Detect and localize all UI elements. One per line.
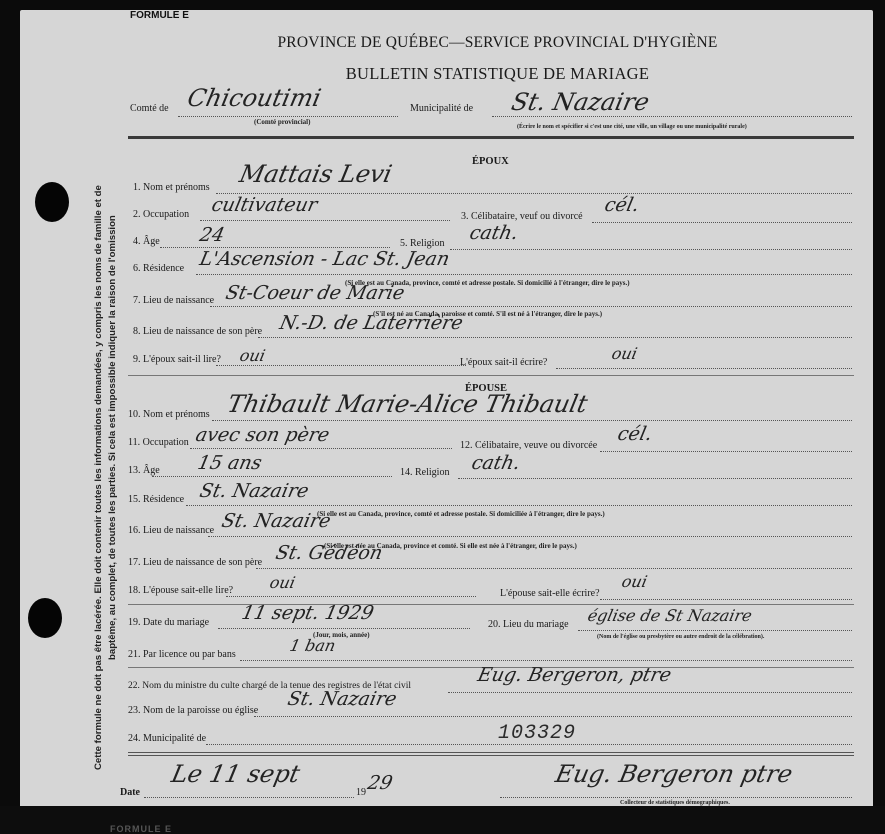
epoux-lieu-naissance-pere: N.-D. de Laterrière	[278, 312, 465, 334]
registration-number-stamp: 103329	[498, 722, 576, 745]
epoux-nom: Mattais Levi	[237, 160, 394, 188]
field-label-ecrire-epoux: L'époux sait-il écrire?	[460, 357, 547, 368]
field-label-7: 7. Lieu de naissance	[133, 295, 214, 306]
field-label-19: 19. Date du mariage	[128, 617, 209, 628]
epouse-lieu-naissance-pere: St. Gédéon	[274, 542, 385, 564]
lieu-mariage-note: (Nom de l'église ou presbytère ou autre …	[597, 634, 764, 640]
side-instruction-line1: Cette formule ne doit pas être lacérée. …	[92, 30, 106, 770]
next-form-stub: FORMULE E	[110, 824, 172, 834]
punch-hole-bottom	[28, 598, 62, 638]
ministre-culte: Eug. Bergeron, ptre	[476, 664, 674, 686]
form-title-bulletin: BULLETIN STATISTIQUE DE MARIAGE	[0, 64, 885, 84]
field-label-6: 6. Résidence	[133, 263, 184, 274]
licence-ou-bans: 1 ban	[288, 636, 337, 655]
footer-date-value: Le 11 sept	[169, 760, 302, 788]
field-label-24: 24. Municipalité de	[128, 733, 206, 744]
field-label-ecrire-epouse: L'épouse sait-elle écrire?	[500, 588, 600, 599]
municipalite-note: (Écrire le nom et spécifier si c'est une…	[517, 124, 747, 130]
epoux-ecrire: oui	[610, 344, 639, 363]
epoux-religion: cath.	[468, 222, 521, 244]
field-label-9: 9. L'époux sait-il lire?	[133, 354, 221, 365]
epouse-lire: oui	[268, 573, 297, 592]
field-label-2: 2. Occupation	[133, 209, 189, 220]
comte-note: (Comté provincial)	[254, 118, 310, 126]
epouse-occupation: avec son père	[194, 424, 332, 446]
field-label-3: 3. Célibataire, veuf ou divorcé	[461, 211, 583, 222]
collecteur-signature: Eug. Bergeron ptre	[553, 760, 795, 788]
epouse-lieu-naissance: St. Nazaire	[220, 510, 333, 532]
date-mariage: 11 sept. 1929	[240, 602, 376, 624]
paroisse-eglise: St. Nazaire	[286, 688, 399, 710]
field-label-13: 13. Âge	[128, 465, 160, 476]
epouse-ecrire: oui	[620, 572, 649, 591]
epouse-religion: cath.	[470, 452, 523, 474]
field-label-14: 14. Religion	[400, 467, 449, 478]
form-title-province: PROVINCE DE QUÉBEC—SERVICE PROVINCIAL D'…	[0, 34, 885, 52]
form-code: FORMULE E	[130, 10, 189, 21]
municipalite-label: Municipalité de	[410, 103, 473, 114]
field-label-21: 21. Par licence ou par bans	[128, 649, 236, 660]
field-label-20: 20. Lieu du mariage	[488, 619, 569, 630]
field-label-17: 17. Lieu de naissance de son père	[128, 557, 262, 568]
lieu-mariage: église de St Nazaire	[586, 606, 754, 625]
epoux-lieu-naissance: St-Coeur de Marie	[224, 282, 407, 304]
punch-hole-top	[35, 182, 69, 222]
field-label-18: 18. L'épouse sait-elle lire?	[128, 585, 233, 596]
field-label-16: 16. Lieu de naissance	[128, 525, 214, 536]
municipalite-value: St. Nazaire	[509, 88, 652, 116]
footer-year-value: 29	[366, 772, 395, 794]
epoux-occupation: cultivateur	[210, 194, 320, 216]
footer-date-label: Date	[120, 787, 140, 798]
field-label-12: 12. Célibataire, veuve ou divorcée	[460, 440, 597, 451]
comte-value: Chicoutimi	[185, 84, 324, 112]
epouse-age: 15 ans	[196, 452, 264, 474]
epouse-residence: St. Nazaire	[198, 480, 311, 502]
side-instructions: Cette formule ne doit pas être lacérée. …	[92, 30, 120, 770]
epoux-age: 24	[198, 224, 227, 246]
epoux-lire: oui	[238, 346, 267, 365]
epoux-residence: L'Ascension - Lac St. Jean	[198, 248, 452, 270]
epouse-etat-civil: cél.	[616, 423, 655, 445]
field-label-10: 10. Nom et prénoms	[128, 409, 210, 420]
field-label-4: 4. Âge	[133, 236, 160, 247]
epouse-residence-note: (Si elle est au Canada, province, comté …	[317, 510, 605, 518]
epoux-etat-civil: cél.	[603, 194, 642, 216]
comte-label: Comté de	[130, 103, 169, 114]
field-label-8: 8. Lieu de naissance de son père	[133, 326, 262, 337]
field-label-1: 1. Nom et prénoms	[133, 182, 210, 193]
field-label-23: 23. Nom de la paroisse ou église	[128, 705, 258, 716]
epouse-nom: Thibault Marie-Alice Thibault	[225, 390, 590, 418]
field-label-11: 11. Occupation	[128, 437, 189, 448]
epoux-heading: ÉPOUX	[472, 156, 509, 167]
footer-year-prefix: 19	[356, 787, 366, 798]
field-label-15: 15. Résidence	[128, 494, 184, 505]
side-instruction-line2: baptême, au complet, de toutes les parti…	[106, 30, 120, 770]
